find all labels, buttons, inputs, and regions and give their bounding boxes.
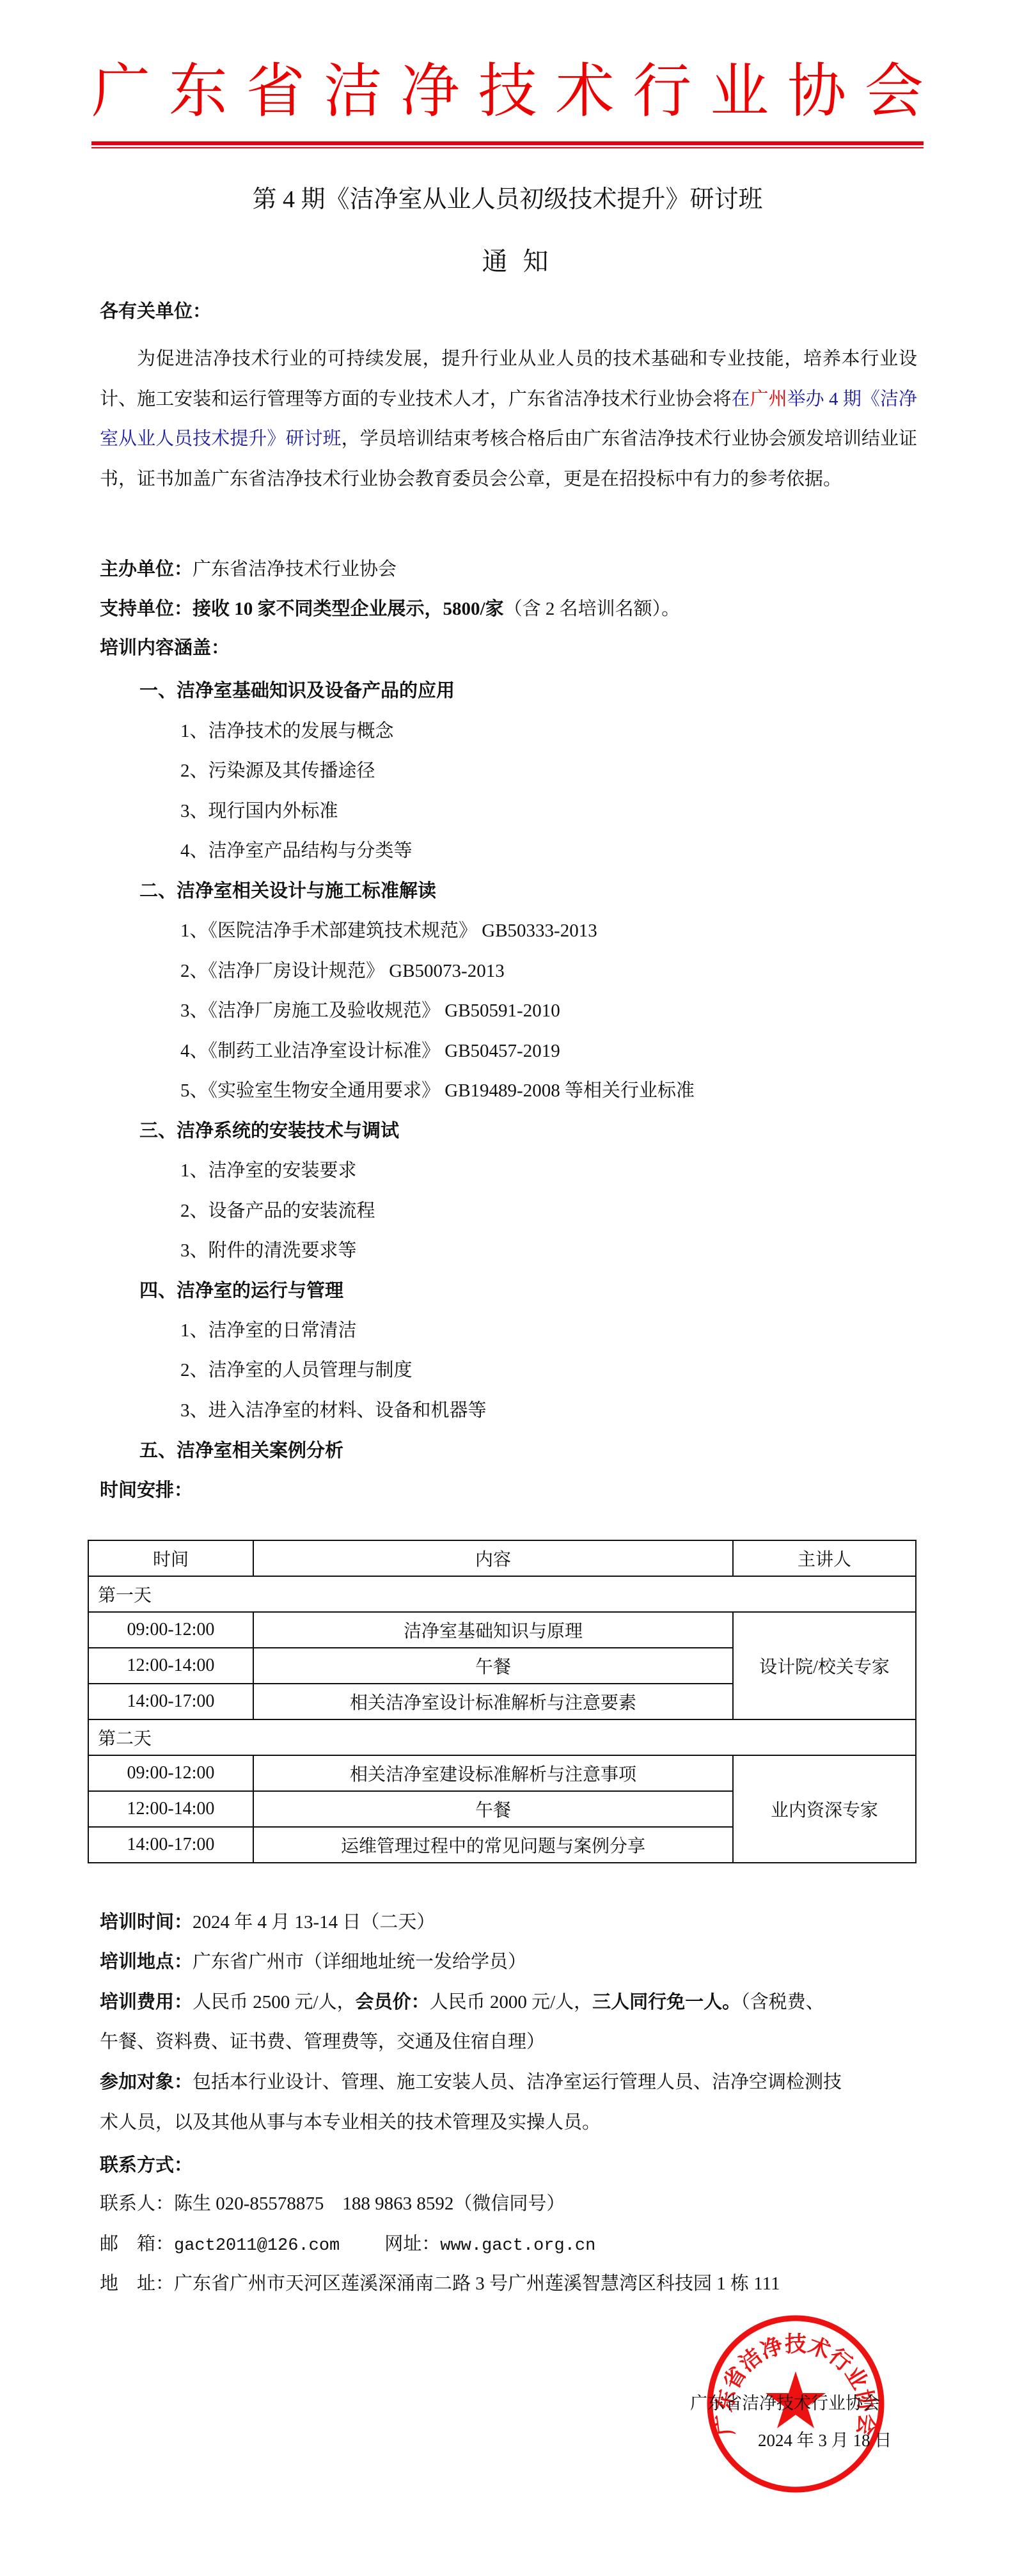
section-title: 一、洁净室基础知识及设备产品的应用 [139,679,455,702]
section-item: 2、《洁净厂房设计规范》 GB50073-2013 [180,960,505,983]
day-label: 第一天 [88,1576,916,1612]
section-title: 四、洁净室的运行与管理 [139,1279,343,1302]
column-header-time: 时间 [88,1540,253,1576]
section-item: 1、洁净技术的发展与概念 [180,720,394,743]
content-cell: 午餐 [253,1648,733,1684]
time-cell: 09:00-12:00 [88,1612,253,1648]
day-row: 第二天 [88,1719,916,1755]
section-item: 3、进入洁净室的材料、设备和机器等 [180,1399,487,1422]
section-item: 5、《实验室生物安全通用要求》 GB19489-2008 等相关行业标准 [180,1079,695,1102]
signature-date: 2024 年 3 月 18 日 [758,2426,892,2451]
section-item: 2、设备产品的安装流程 [180,1199,375,1222]
day-row: 第一天 [88,1576,916,1612]
section-item: 1、洁净室的安装要求 [180,1159,357,1182]
training-fee-line-2: 午餐、资料费、证书费、管理费等，交通及住宿自理） [100,2030,545,2053]
audience-line-2: 术人员，以及其他从事与本专业相关的技术管理及实操人员。 [100,2111,601,2134]
fee-group-offer: 三人同行免一人。 [592,1992,741,2012]
contact-email-line: 邮 箱：gact2011@126.com网址：www.gact.org.cn [100,2232,595,2257]
audience-line: 参加对象：包括本行业设计、管理、施工安装人员、洁净室运行管理人员、洁净空调检测技 [100,2071,842,2094]
speaker-cell: 设计院/校关专家 [733,1612,916,1719]
org-title-char: 术 [555,62,614,121]
section-title: 二、洁净室相关设计与施工标准解读 [139,880,436,903]
section-item: 4、洁净室产品结构与分类等 [180,839,413,862]
training-time-value: 2024 年 4 月 13-14 日（二天） [193,1912,435,1932]
fee-member-label: 会员价： [356,1992,430,2012]
organizer-label: 主办单位： [100,559,193,580]
schedule-heading: 时间安排： [100,1479,193,1502]
training-fee-line: 培训费用：人民币 2500 元/人，会员价：人民币 2000 元/人，三人同行免… [100,1991,824,2014]
time-cell: 12:00-14:00 [88,1648,253,1684]
org-title-char: 净 [401,62,460,121]
document-notice-heading: 通知 [0,247,1015,276]
org-title-char: 省 [246,62,305,121]
audience-label: 参加对象： [100,2072,193,2092]
fee-member: 人民币 2000 元/人， [430,1992,593,2012]
section-item: 3、现行国内外标准 [180,800,338,823]
content-heading: 培训内容涵盖： [100,636,230,660]
section-title: 三、洁净系统的安装技术与调试 [139,1119,399,1142]
supporter-line: 支持单位：接收 10 家不同类型企业展示，5800/家（含 2 名培训名额）。 [100,597,680,620]
org-title-char: 洁 [324,62,382,121]
training-place-line: 培训地点：广东省广州市（详细地址统一发给学员） [100,1950,526,1973]
header-rule-thin [91,147,924,148]
org-title-char: 会 [865,62,924,121]
contact-person: 联系人：陈生 020-85578875 188 9863 8592（微信同号） [100,2192,565,2215]
intro-highlight-blue: 在 [732,389,750,409]
org-title-char: 东 [169,62,228,121]
supporter-label: 支持单位： [100,599,193,619]
schedule-table: 时间 内容 主讲人 第一天 09:00-12:00 洁净室基础知识与原理 设计院… [88,1540,917,1863]
training-place-value: 广东省广州市（详细地址统一发给学员） [193,1952,526,1972]
time-cell: 12:00-14:00 [88,1791,253,1827]
document-subtitle: 第 4 期《洁净室从业人员初级技术提升》研讨班 [0,186,1015,214]
org-title: 广 东 省 洁 净 技 术 行 业 协 会 [91,56,924,127]
speaker-cell: 业内资深专家 [733,1755,916,1863]
org-title-char: 行 [633,62,691,121]
audience-value: 包括本行业设计、管理、施工安装人员、洁净室运行管理人员、洁净空调检测技 [193,2072,842,2092]
org-title-char: 业 [710,62,769,121]
content-cell: 洁净室基础知识与原理 [253,1612,733,1648]
fee-note: （含税费、 [741,1992,824,2012]
contact-address: 地 址：广东省广州市天河区莲溪深涌南二路 3 号广州莲溪智慧湾区科技园 1 栋 … [100,2272,780,2295]
day-label: 第二天 [88,1719,916,1755]
section-item: 1、《医院洁净手术部建筑技术规范》 GB50333-2013 [180,919,597,942]
section-item: 3、《洁净厂房施工及验收规范》 GB50591-2010 [180,999,560,1022]
table-row: 09:00-12:00 洁净室基础知识与原理 设计院/校关专家 [88,1612,916,1648]
time-cell: 14:00-17:00 [88,1684,253,1719]
training-fee-label: 培训费用： [100,1992,193,2012]
website-label: 网址： [384,2234,440,2254]
organizer-value: 广东省洁净技术行业协会 [193,559,397,580]
content-cell: 午餐 [253,1791,733,1827]
content-cell: 运维管理过程中的常见问题与案例分享 [253,1827,733,1863]
section-item: 1、洁净室的日常清洁 [180,1319,357,1342]
intro-highlight-red: 广州 [750,389,787,409]
content-cell: 相关洁净室建设标准解析与注意事项 [253,1755,733,1791]
email-label: 邮 箱： [100,2234,174,2254]
supporter-value: 接收 10 家不同类型企业展示，5800/家 [193,599,504,619]
content-cell: 相关洁净室设计标准解析与注意要素 [253,1684,733,1719]
intro-paragraph: 为促进洁净技术行业的可持续发展，提升行业从业人员的技术基础和专业技能，培养本行业… [100,339,917,499]
training-place-label: 培训地点： [100,1952,193,1972]
training-time-label: 培训时间： [100,1912,193,1932]
section-item: 3、附件的清洗要求等 [180,1239,357,1262]
website-link[interactable]: www.gact.org.cn [440,2236,595,2256]
training-time-line: 培训时间：2024 年 4 月 13-14 日（二天） [100,1911,435,1934]
supporter-note: （含 2 名培训名额）。 [504,599,681,619]
time-cell: 14:00-17:00 [88,1827,253,1863]
section-item: 2、洁净室的人员管理与制度 [180,1359,413,1382]
salutation: 各有关单位： [100,300,211,323]
section-item: 4、《制药工业洁净室设计标准》 GB50457-2019 [180,1039,560,1063]
org-title-char: 技 [478,62,537,121]
header-rule-thick [91,141,924,145]
time-cell: 09:00-12:00 [88,1755,253,1791]
contact-heading: 联系方式： [100,2154,193,2177]
org-title-char: 协 [787,62,846,121]
table-row: 09:00-12:00 相关洁净室建设标准解析与注意事项 业内资深专家 [88,1755,916,1791]
section-item: 2、污染源及其传播途径 [180,759,375,782]
section-title: 五、洁净室相关案例分析 [139,1439,343,1462]
column-header-content: 内容 [253,1540,733,1576]
email-link[interactable]: gact2011@126.com [174,2236,340,2256]
signature-org: 广东省洁净技术行业协会 [690,2389,880,2414]
fee-standard: 人民币 2500 元/人， [193,1992,356,2012]
column-header-speaker: 主讲人 [733,1540,916,1576]
organizer-line: 主办单位：广东省洁净技术行业协会 [100,558,397,581]
org-title-char: 广 [91,62,150,121]
table-header-row: 时间 内容 主讲人 [88,1540,916,1576]
